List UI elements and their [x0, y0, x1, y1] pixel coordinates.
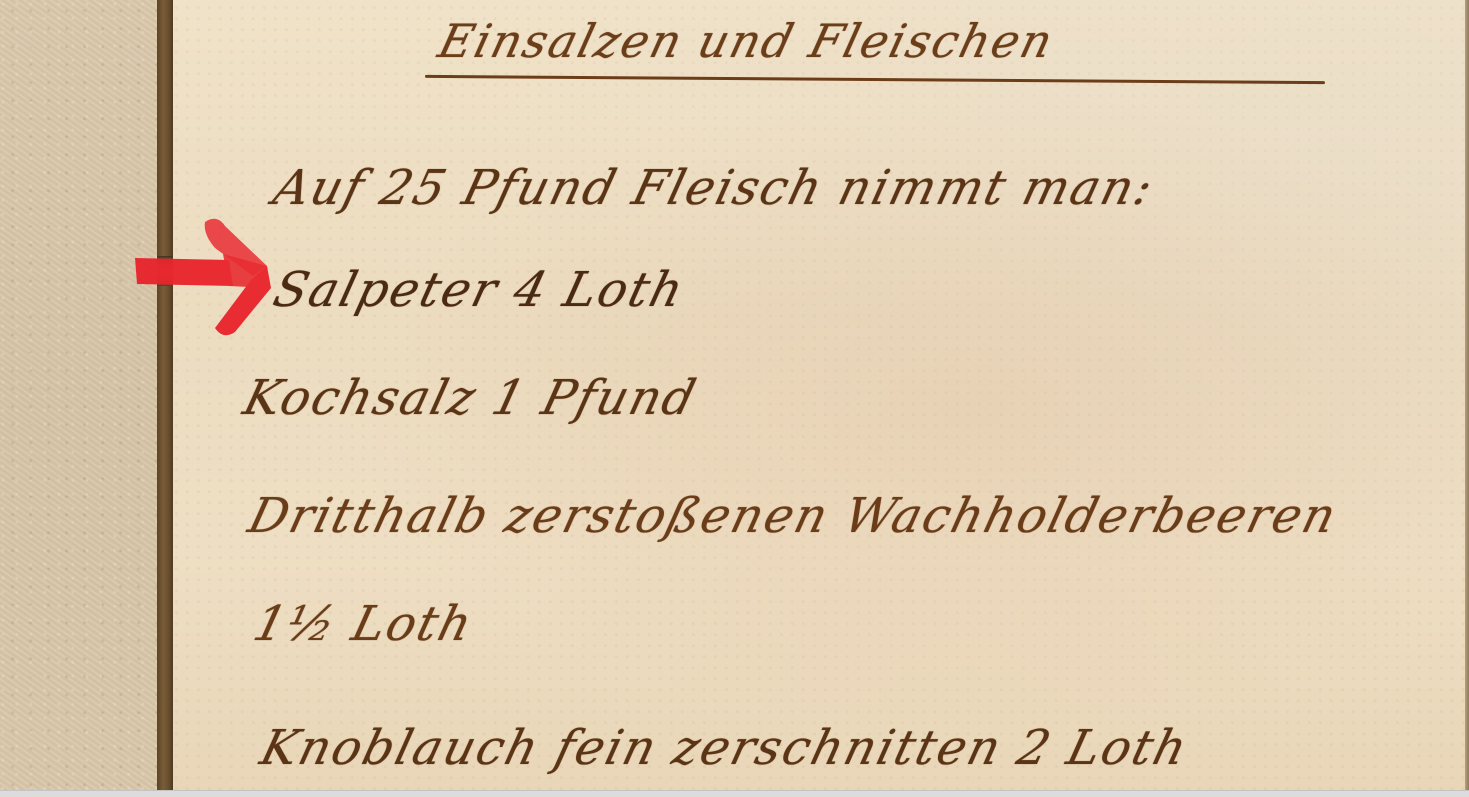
page-heading: Einsalzen und Fleischen	[433, 14, 1060, 68]
manuscript-line-3: Kochsalz 1 Pfund	[238, 370, 703, 426]
manuscript-line-2-highlighted: Salpeter 4 Loth	[268, 262, 691, 318]
page-edge	[1465, 0, 1469, 790]
red-arrow-icon	[133, 214, 271, 340]
binding-strip	[157, 0, 173, 790]
bottom-strip	[0, 790, 1469, 797]
manuscript-line-1: Auf 25 Pfund Fleisch nimmt man:	[268, 160, 1160, 216]
manuscript-line-4: Dritthalb zerstoßenen Wachholderbeeren	[243, 488, 1343, 544]
backing-board	[0, 0, 158, 790]
manuscript-line-5: 1½ Loth	[248, 596, 479, 652]
manuscript-line-6: Knoblauch fein zerschnitten 2 Loth	[255, 720, 1194, 776]
